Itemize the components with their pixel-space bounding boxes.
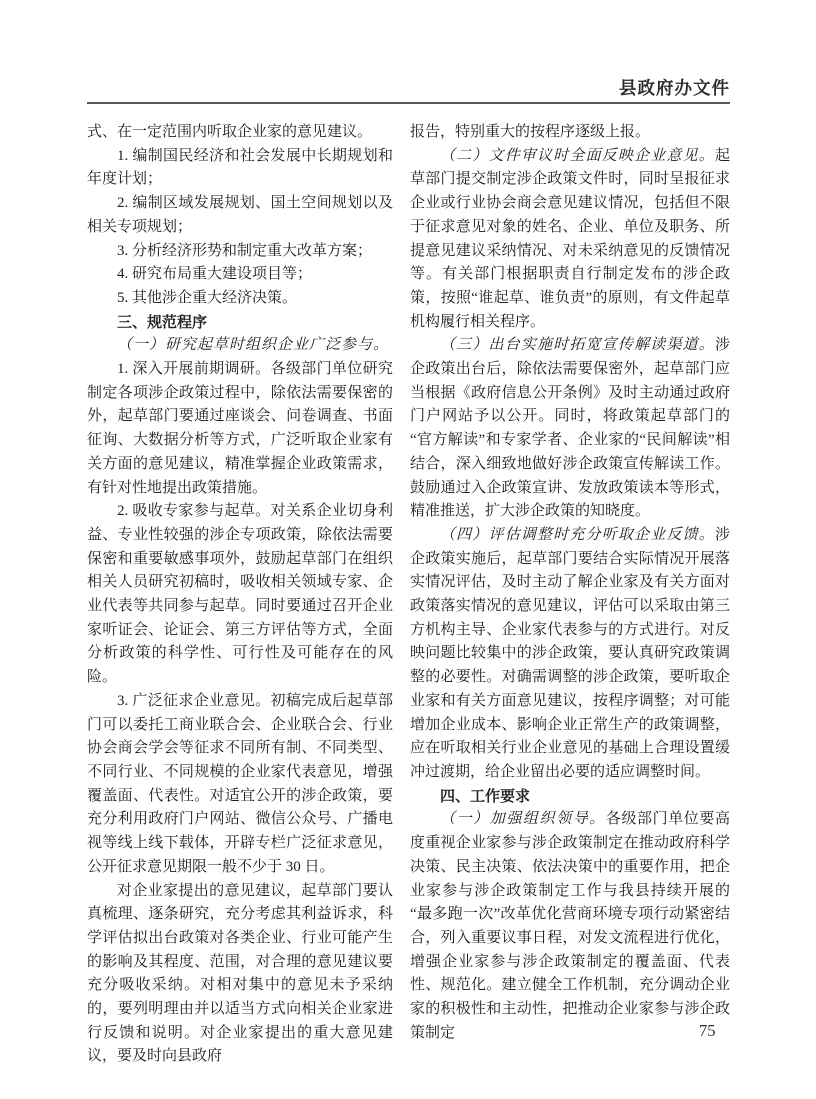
paragraph: 式、在一定范围内听取企业家的意见建议。: [87, 121, 393, 145]
paragraph: 5. 其他涉企重大经济决策。: [87, 287, 393, 311]
document-page: 县政府办文件 式、在一定范围内听取企业家的意见建议。1. 编制国民经济和社会发展…: [0, 0, 816, 1099]
paragraph: 3. 分析经济形势和制定重大改革方案；: [87, 240, 393, 264]
paragraph: （一）研究起草时组织企业广泛参与。: [87, 334, 393, 358]
section-heading: 三、规范程序: [87, 311, 393, 335]
paragraph: 1. 深入开展前期调研。各级部门单位研究制定各项涉企政策过程中，除依法需要保密的…: [87, 358, 393, 500]
section-heading: 四、工作要求: [410, 785, 730, 809]
running-header-title: 县政府办文件: [619, 75, 730, 100]
clause-lead: （三）出台实施时拓宽宣传解读渠道。: [440, 337, 715, 353]
paragraph: （四）评估调整时充分听取企业反馈。涉企政策实施后，起草部门要结合实际情况开展落实…: [410, 524, 730, 785]
page-number: 75: [699, 1021, 716, 1041]
paragraph: 2. 吸收专家参与起草。对关系企业切身利益、专业性较强的涉企专项政策，除依法需要…: [87, 500, 393, 690]
paragraph: 4. 研究布局重大建设项目等；: [87, 263, 393, 287]
paragraph: （一）加强组织领导。各级部门单位要高度重视企业家参与涉企政策制定在推动政府科学决…: [410, 808, 730, 1045]
two-column-text-area: 式、在一定范围内听取企业家的意见建议。1. 编制国民经济和社会发展中长期规划和年…: [87, 121, 730, 1069]
paragraph: （三）出台实施时拓宽宣传解读渠道。涉企政策出台后，除依法需要保密外，起草部门应当…: [410, 334, 730, 524]
header-rule-divider: [87, 102, 730, 104]
text-column-right: 报告，特别重大的按程序逐级上报。（二）文件审议时全面反映企业意见。起草部门提交制…: [410, 121, 730, 1069]
clause-lead: （二）文件审议时全面反映企业意见。: [440, 148, 715, 164]
clause-lead: （一）加强组织领导。: [440, 811, 606, 827]
paragraph: （二）文件审议时全面反映企业意见。起草部门提交制定涉企政策文件时，同时呈报征求企…: [410, 145, 730, 335]
text-column-left: 式、在一定范围内听取企业家的意见建议。1. 编制国民经济和社会发展中长期规划和年…: [87, 121, 393, 1069]
paragraph: 1. 编制国民经济和社会发展中长期规划和年度计划；: [87, 145, 393, 192]
clause-lead: （四）评估调整时充分听取企业反馈。: [440, 527, 715, 543]
paragraph: 对企业家提出的意见建议，起草部门要认真梳理、逐条研究，充分考虑其利益诉求，科学评…: [87, 880, 393, 1070]
paragraph: 3. 广泛征求企业意见。初稿完成后起草部门可以委托工商业联合会、企业联合会、行业…: [87, 690, 393, 880]
paragraph: 2. 编制区域发展规划、国土空间规划以及相关专项规划；: [87, 192, 393, 239]
paragraph: 报告，特别重大的按程序逐级上报。: [410, 121, 730, 145]
